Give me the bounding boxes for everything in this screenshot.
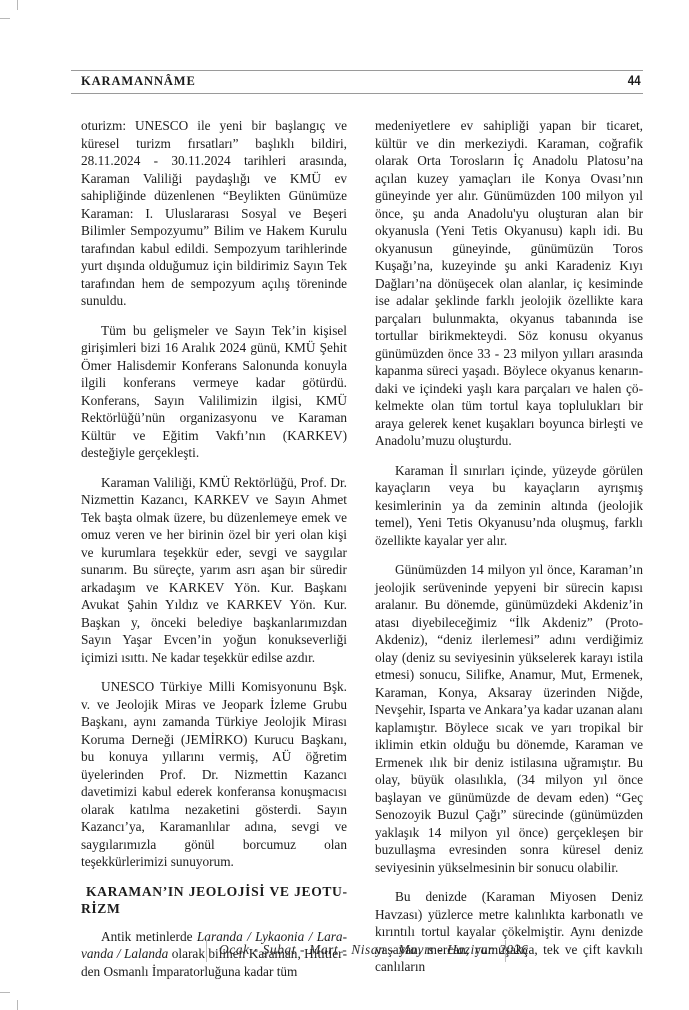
paragraph: Karaman İl sınırları içinde, yüzeyde gör…: [375, 462, 643, 550]
paragraph: Bu denizde (Karaman Miyosen Deniz Havzas…: [375, 888, 643, 976]
running-header: KARAMANNÂME 44: [71, 70, 643, 94]
journal-title: KARAMANNÂME: [81, 74, 196, 89]
crop-mark-top-left-v: [17, 0, 18, 10]
right-column: medeniyetlere ev sahipliği yapan bir tic…: [375, 117, 643, 988]
paragraph-continued: oturizm: UNESCO ile yeni bir başlangıç v…: [81, 117, 347, 310]
running-footer: Ocak - Şubat - Mart - Nisan - Mayıs - Ha…: [206, 940, 506, 962]
crop-mark-top-left-h: [0, 18, 10, 19]
section-heading: KARAMAN’IN JEOLOJİSİ VE JEOTU­RİZM: [81, 883, 347, 918]
paragraph: UNESCO Türkiye Milli Komisyonunu Bşk. v.…: [81, 678, 347, 871]
left-column: oturizm: UNESCO ile yeni bir başlangıç v…: [81, 117, 347, 992]
paragraph: Tüm bu gelişmeler ve Sayın Tek’in kişise…: [81, 322, 347, 462]
text-run: Antik metinlerde: [101, 929, 197, 944]
paragraph: Karaman Valiliği, KMÜ Rektörlüğü, Prof. …: [81, 474, 347, 667]
paragraph: Günümüzden 14 milyon yıl önce, Karaman’ı…: [375, 561, 643, 876]
paragraph-continued: medeniyetlere ev sahipliği yapan bir tic…: [375, 117, 643, 450]
crop-mark-bottom-left-h: [0, 992, 10, 993]
page-number: 44: [628, 72, 641, 88]
issue-months: Ocak - Şubat - Mart - Nisan - Mayıs - Ha…: [219, 942, 528, 958]
crop-mark-bottom-left-v: [17, 1000, 18, 1010]
